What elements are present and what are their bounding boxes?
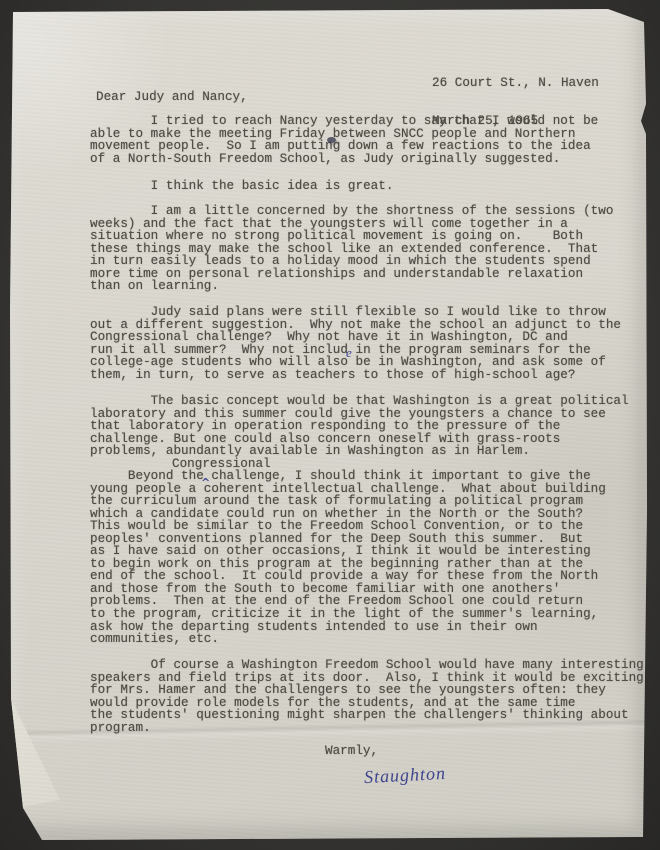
paragraph: Judy said plans were still flexible so I… — [90, 306, 621, 381]
closing: Warmly, — [325, 745, 378, 758]
salutation: Dear Judy and Nancy, — [96, 91, 248, 104]
paragraph: I think the basic idea is great. — [90, 180, 393, 193]
paragraph: I tried to reach Nancy yesterday to say … — [90, 115, 598, 165]
ink-blot — [327, 137, 336, 143]
paragraph: Of course a Washington Freedom School wo… — [90, 659, 644, 734]
handwritten-signature: Staughton — [364, 763, 447, 788]
paragraph: The basic concept would be that Washingt… — [90, 395, 629, 458]
paragraph: I am a little concerned by the shortness… — [90, 205, 613, 293]
return-address-line: 26 Court St., N. Haven — [432, 76, 599, 89]
ink-correction-letter: e — [346, 345, 352, 361]
typed-insertion-word: Congressional — [172, 458, 271, 471]
ink-caret-mark: ^ — [201, 476, 210, 489]
letter-text-layer: 26 Court St., N. Haven March 25, 1965 De… — [0, 0, 660, 850]
scanned-letter: 26 Court St., N. Haven March 25, 1965 De… — [0, 0, 660, 850]
paragraph: Beyond the challenge, I should think it … — [90, 470, 606, 646]
